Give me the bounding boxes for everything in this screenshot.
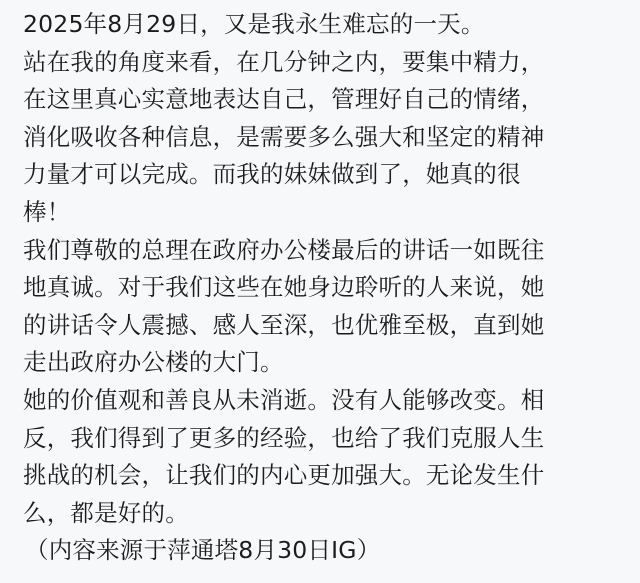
source-attribution: （内容来源于萍通塔8月30日IG） — [23, 532, 623, 570]
text-line: 棒！ — [23, 194, 623, 232]
text-line: 站在我的角度来看，在几分钟之内，要集中精力， — [23, 44, 623, 82]
text-line: 地真诚。对于我们这些在她身边聆听的人来说，她 — [23, 269, 623, 307]
text-line: 走出政府办公楼的大门。 — [23, 344, 623, 382]
document-text: 2025年8月29日，又是我永生难忘的一天。 站在我的角度来看，在几分钟之内，要… — [23, 6, 623, 570]
text-line: 力量才可以完成。而我的妹妹做到了，她真的很 — [23, 156, 623, 194]
text-line: 挑战的机会，让我们的内心更加强大。无论发生什 — [23, 457, 623, 495]
text-line: 反，我们得到了更多的经验，也给了我们克服人生 — [23, 420, 623, 458]
text-line: 消化吸收各种信息，是需要多么强大和坚定的精神 — [23, 119, 623, 157]
text-line: 么，都是好的。 — [23, 495, 623, 533]
text-line: 2025年8月29日，又是我永生难忘的一天。 — [23, 6, 623, 44]
text-line: 她的价值观和善良从未消逝。没有人能够改变。相 — [23, 382, 623, 420]
text-line: 在这里真心实意地表达自己，管理好自己的情绪， — [23, 81, 623, 119]
text-line: 我们尊敬的总理在政府办公楼最后的讲话一如既往 — [23, 232, 623, 270]
text-line: 的讲话令人震撼、感人至深，也优雅至极，直到她 — [23, 307, 623, 345]
